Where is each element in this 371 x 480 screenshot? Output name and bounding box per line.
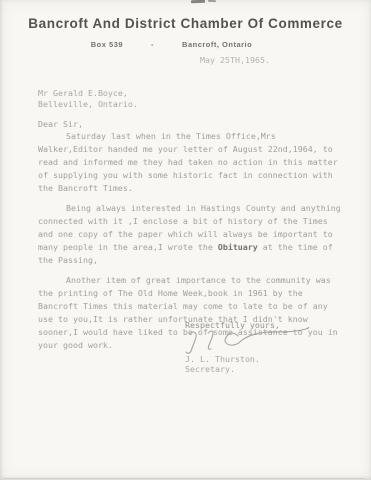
letterhead-separator: - [151, 40, 154, 49]
handwritten-signature [178, 327, 314, 357]
letterhead-city: Bancroft, Ontario [182, 40, 252, 49]
signed-title: Secretary. [185, 365, 260, 375]
recipient-name: Mr Gerald E.Boyce, [38, 88, 138, 99]
paper-edge [4, 478, 365, 479]
paragraph-2: Being always interested in Hastings Coun… [38, 202, 343, 267]
obituary-emphasis: Obituary [218, 242, 258, 252]
letterhead-address-line: Box 539 - Bancroft, Ontario [0, 40, 357, 49]
scan-smudge [208, 0, 216, 2]
paragraph-1: Saturday last when in the Times Office,M… [38, 130, 343, 195]
scan-smudge [191, 0, 205, 3]
recipient-city: Belleville, Ontario. [38, 99, 138, 110]
letter-page: Bancroft And District Chamber Of Commerc… [0, 0, 371, 480]
signature-block: J. L. Thurston. Secretary. [185, 355, 260, 374]
letterhead-box-number: Box 539 [91, 40, 123, 49]
recipient-block: Mr Gerald E.Boyce, Belleville, Ontario. [38, 88, 138, 109]
letterhead-org-name: Bancroft And District Chamber Of Commerc… [0, 16, 371, 31]
typed-date: May 25TH,1965. [200, 54, 270, 67]
